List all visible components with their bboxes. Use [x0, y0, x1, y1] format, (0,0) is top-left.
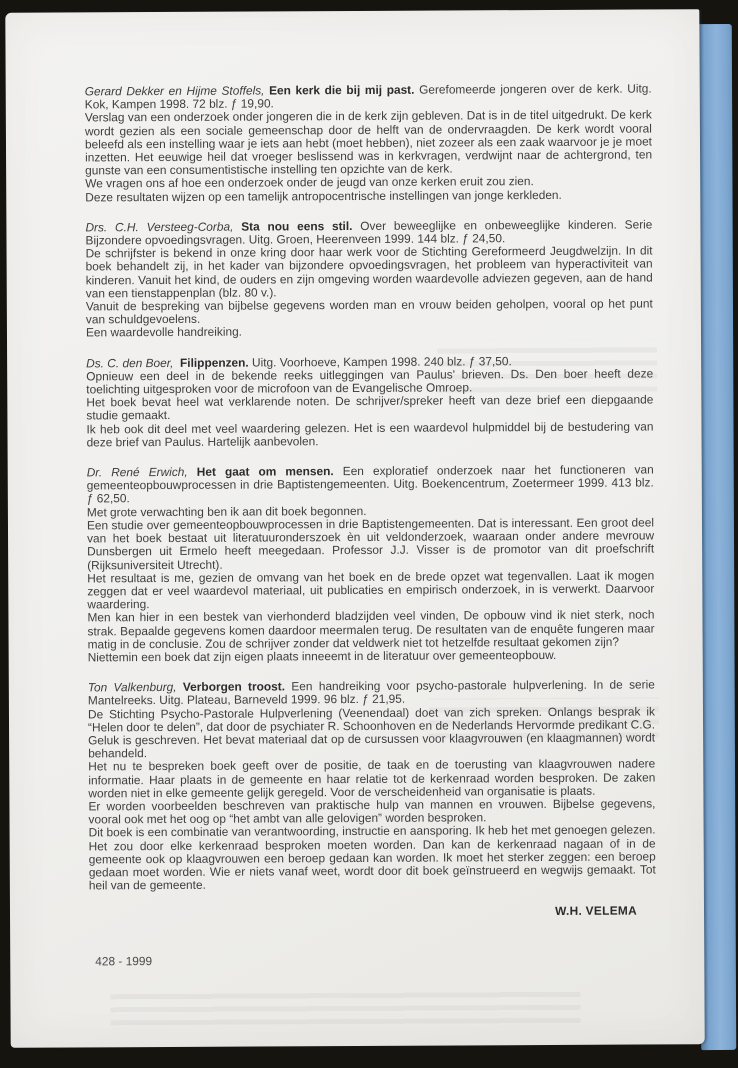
review-paragraph: Vanuit de bespreking van bijbelse gegeve…	[86, 297, 653, 326]
review-paragraph: Men kan hier in een bestek van vierhonde…	[87, 609, 654, 652]
review-paragraph: Ik heb ook dit deel met veel waardering …	[86, 420, 653, 449]
book-title: Een kerk die bij mij past.	[269, 83, 414, 98]
showthrough-ghost	[110, 985, 580, 1025]
review-entry: Gerard Dekker en Hijme Stoffels, Een ker…	[85, 82, 653, 204]
book-title: Filippenzen.	[180, 355, 249, 369]
review-paragraph: Deze resultaten wijzen op een tamelijk a…	[85, 188, 652, 204]
review-paragraph: De schrijfster is bekend in onze kring d…	[86, 245, 653, 301]
review-entry: Ds. C. den Boer, Filippenzen. Uitg. Voor…	[86, 354, 653, 449]
review-entry: Ton Valkenburg, Verborgen troost. Een ha…	[88, 679, 656, 893]
reviewer-signature: W.H. VELEMA	[89, 905, 656, 921]
review-paragraph: Het resultaat is me, gezien de omvang va…	[87, 569, 654, 612]
review-entry: Drs. C.H. Versteeg-Corba, Sta nou eens s…	[85, 218, 653, 340]
review-paragraph: Dit boek is een combinatie van verantwoo…	[89, 824, 656, 893]
review-paragraph: Niettemin een boek dat zijn eigen plaats…	[88, 648, 655, 664]
review-paragraph: Een waardevolle handreiking.	[86, 324, 653, 340]
review-heading: Ton Valkenburg, Verborgen troost. Een ha…	[88, 679, 655, 708]
review-paragraph: Het nu te bespreken boek geeft over de p…	[88, 758, 655, 801]
review-entry: Dr. René Erwich, Het gaat om mensen. Een…	[87, 464, 655, 665]
review-paragraph: Een studie over gemeenteopbouwprocessen …	[87, 516, 654, 572]
review-paragraph: Verslag van een onderzoek onder jongeren…	[85, 109, 652, 178]
review-paragraph: Het boek bevat heel wat verklarende note…	[86, 394, 653, 423]
page-number-footer: 428 - 1999	[89, 952, 656, 968]
review-heading: Dr. René Erwich, Het gaat om mensen. Een…	[87, 464, 654, 507]
author-name: Ds. C. den Boer,	[86, 356, 173, 370]
review-paragraph: De Stichting Psycho-Pastorale Hulpverlen…	[88, 705, 655, 761]
scanned-book-page: { "page": { "footer": "428 - 1999", "sig…	[0, 0, 738, 1068]
paper-page: Gerard Dekker en Hijme Stoffels, Een ker…	[5, 9, 704, 1048]
